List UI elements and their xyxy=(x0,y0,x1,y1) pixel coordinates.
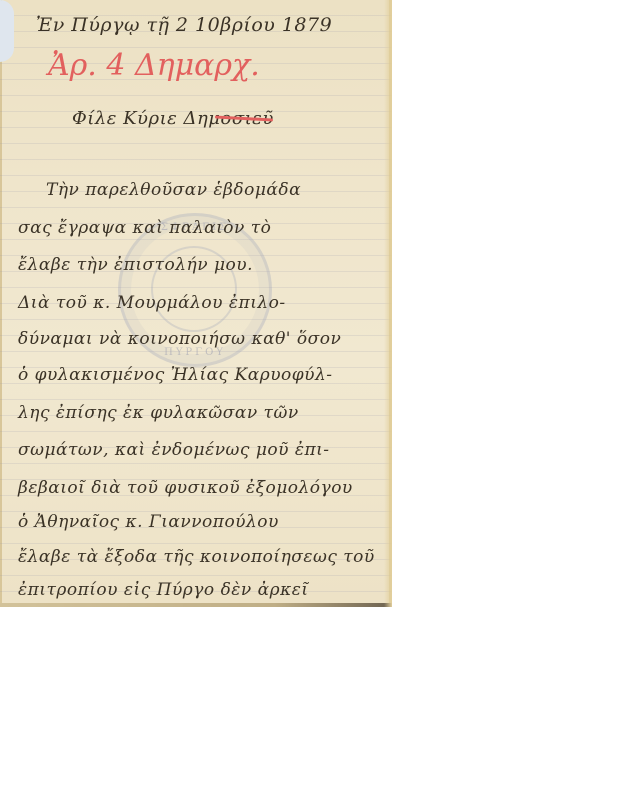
body-line: ἐπιτροπίου εἰς Πύργο δὲν ἀρκεῖ xyxy=(18,580,309,600)
body-line: ὁ Ἀθηναῖος κ. Γιαννοπούλου xyxy=(18,512,279,532)
body-line: λης ἐπίσης ἐκ φυλακῶσαν τῶν xyxy=(18,403,299,423)
body-line: Τὴν παρελθοῦσαν ἑβδομάδα xyxy=(46,180,301,200)
body-line: σας ἔγραψα καὶ παλαιὸν τὸ xyxy=(18,218,271,238)
body-line: βεβαιοῖ διὰ τοῦ φυσικοῦ ἐξομολόγου xyxy=(18,478,353,498)
body-line: ἔλαβε τὰ ἔξοδα τῆς κοινοποίησεως τοῦ xyxy=(18,547,375,567)
body-line: δύναμαι νὰ κοινοποιήσω καθ' ὅσον xyxy=(18,329,341,349)
dateline: Ἐν Πύργῳ τῇ 2 10βρίου 1879 xyxy=(36,14,332,36)
body-line: ἔλαβε τὴν ἐπιστολήν μου. xyxy=(18,255,253,275)
body-line: ὁ φυλακισμένος Ἠλίας Καρυοφύλ- xyxy=(18,365,333,385)
body-line: σωμάτων, καὶ ἐνδομένως μοῦ ἐπι- xyxy=(18,440,330,460)
red-reference-annotation: Ἀρ. 4 Δημαρχ. xyxy=(48,48,260,83)
torn-corner xyxy=(0,0,14,62)
body-line: Διὰ τοῦ κ. Μουρμάλου ἐπιλο- xyxy=(18,293,286,313)
letter-page: ΣΦΡΑΓΙΣ ΠΥΡΓΟΥ Ἐν Πύργῳ τῇ 2 10βρίου 187… xyxy=(0,0,392,607)
page-bottom-edge xyxy=(0,603,392,607)
